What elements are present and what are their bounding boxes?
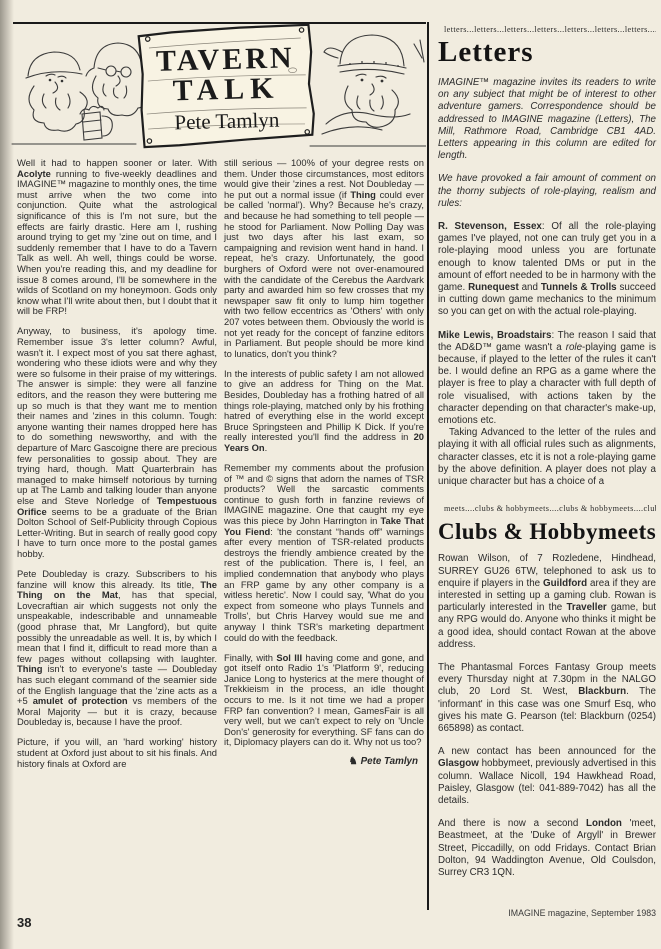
- article-column-2: still serious — 100% of your degree rest…: [224, 158, 424, 768]
- sign-title-line2: TALK: [172, 72, 280, 108]
- letters-editor-note: We have provoked a fair amount of commen…: [438, 173, 656, 210]
- clubs-heading: Clubs & Hobbymeets: [438, 520, 656, 543]
- article-paragraph: In the interests of public safety I am n…: [224, 369, 424, 454]
- issue-footer: IMAGINE magazine, September 1983: [438, 908, 656, 918]
- letter-lewis-continued: Taking Advanced to the letter of the rul…: [438, 427, 656, 488]
- club-item-guildford: Rowan Wilson, of 7 Rozledene, Hindhead, …: [438, 553, 656, 651]
- page-number: 38: [17, 915, 31, 930]
- letters-heading: Letters: [438, 38, 656, 67]
- sign-board: TAVERN TALK Pete Tamlyn: [138, 25, 314, 147]
- letters-clubs-column: letters...letters...letters...letters...…: [438, 25, 656, 890]
- dwarf-left-pair: [12, 43, 149, 144]
- signature-name: Pete Tamlyn: [361, 756, 418, 767]
- article-paragraph: Picture, if you will, an 'hard working' …: [17, 737, 217, 769]
- letters-strip: letters...letters...letters...letters...…: [438, 25, 656, 35]
- article-paragraph: still serious — 100% of your degree rest…: [224, 158, 424, 359]
- article-column-1: Well it had to happen sooner or later. W…: [17, 158, 217, 779]
- dwarf-right: [310, 35, 426, 146]
- tavern-illustration: TAVERN TALK Pete Tamlyn: [10, 24, 426, 152]
- column-divider: [427, 22, 429, 910]
- letters-intro: IMAGINE™ magazine invites its readers to…: [438, 77, 656, 162]
- signature-icon: ♞: [349, 756, 358, 767]
- letter-stevenson: R. Stevenson, Essex: Of all the role-pla…: [438, 221, 656, 319]
- magazine-page: TAVERN TALK Pete Tamlyn Well it had to h…: [0, 0, 661, 949]
- article-paragraph: Finally, with Sol III having come and go…: [224, 653, 424, 748]
- article-signature: ♞Pete Tamlyn: [224, 757, 424, 768]
- tankard-icon: [80, 106, 112, 140]
- article-paragraph: Pete Doubleday is crazy. Subscribers to …: [17, 569, 217, 728]
- letter-lewis: Mike Lewis, Broadstairs: The reason I sa…: [438, 330, 656, 428]
- article-paragraph: Remember my comments about the profusion…: [224, 463, 424, 643]
- sign-author: Pete Tamlyn: [174, 108, 280, 135]
- club-item-glasgow: A new contact has been announced for the…: [438, 746, 656, 807]
- article-paragraph: Well it had to happen sooner or later. W…: [17, 158, 217, 317]
- article-paragraph: Anyway, to business, it's apology time. …: [17, 326, 217, 559]
- club-item-london: And there is now a second London 'meet, …: [438, 818, 656, 879]
- clubs-strip: meets....clubs & hobbymeets....clubs & h…: [438, 504, 656, 514]
- club-item-blackburn: The Phantasmal Forces Fantasy Group meet…: [438, 662, 656, 735]
